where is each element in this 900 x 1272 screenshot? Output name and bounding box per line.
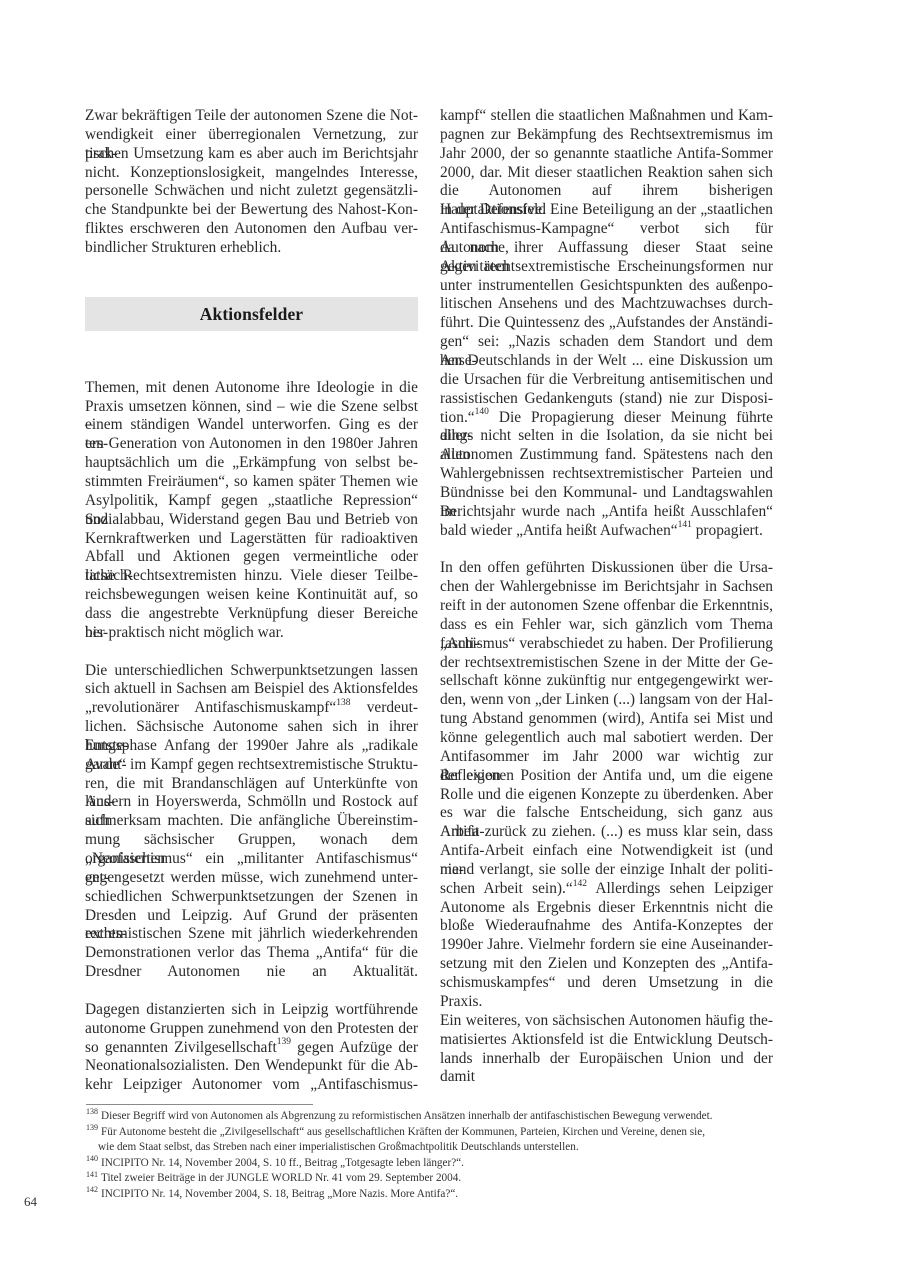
text-line: Autonome als Ergebnis dieser Erkenntnis … <box>440 899 773 918</box>
text-line: tischen Umsetzung kam es aber auch im Be… <box>85 145 418 164</box>
text-line: liche Rechtsextremisten hinzu. Viele die… <box>85 567 418 586</box>
text-line: nicht. Konzeptionslosigkeit, mangelndes … <box>85 164 418 183</box>
text-fragment: schen Arbeit sein).“ <box>440 880 573 897</box>
text-line: Zwar bekräftigen Teile der autonomen Sze… <box>85 107 418 126</box>
right-column: kampf“ stellen die staatlichen Maßnahmen… <box>440 107 773 1068</box>
text-line: bindlicher Strukturen erheblich. <box>85 239 418 258</box>
footnote-ref-138[interactable]: 138 <box>336 698 350 708</box>
text-line: Ein weiteres, von sächsischen Autonomen … <box>440 1012 773 1031</box>
text-line: sich aktuell in Sachsen am Beispiel des … <box>85 680 418 699</box>
text-line: Dagegen distanzierten sich in Leipzig wo… <box>85 1001 418 1020</box>
footnote-text: Titel zweier Beiträge in der JUNGLE WORL… <box>101 1172 461 1184</box>
footnotes: 138Dieser Begriff wird von Autonomen als… <box>86 1109 786 1203</box>
footnote-139: 139Für Autonome besteht die „Zivilgesell… <box>86 1125 786 1141</box>
text-line: den, wenn von „der Linken (...) langsam … <box>440 691 773 710</box>
section-heading-box: Aktionsfelder <box>85 297 418 331</box>
text-line: bloße Wiederaufnahme des Antifa-Konzepte… <box>440 917 773 936</box>
page-number: 64 <box>24 1194 37 1210</box>
text-line: Wahlergebnissen rechtsextremistischer Pa… <box>440 465 773 484</box>
paragraph-themes: Themen, mit denen Autonome ihre Ideologi… <box>85 379 418 643</box>
text-fragment: so genannten Zivilgesellschaft <box>85 1039 277 1056</box>
text-line: könne gelegentlich auch mal sabotiert we… <box>440 729 773 748</box>
text-line: kampf“ stellen die staatlichen Maßnahmen… <box>440 107 773 126</box>
footnote-ref-142[interactable]: 142 <box>573 879 587 889</box>
paragraph-antifa-sommer: kampf“ stellen die staatlichen Maßnahmen… <box>440 107 773 540</box>
text-line: hen Deutschlands in der Welt ... eine Di… <box>440 352 773 371</box>
text-line: ten Generation von Autonomen in den 1980… <box>85 435 418 454</box>
paragraph-diskussionen: In den offen geführten Diskussionen über… <box>440 559 773 992</box>
paragraph-networking: Zwar bekräftigen Teile der autonomen Sze… <box>85 107 418 258</box>
text-line: 1990er Jahre. Vielmehr fordern sie eine … <box>440 936 773 955</box>
text-line: Die unterschiedlichen Schwerpunktsetzung… <box>85 662 418 681</box>
document-page: Zwar bekräftigen Teile der autonomen Sze… <box>0 0 900 1272</box>
text-line: so genannten Zivilgesellschaft139 gegen … <box>85 1039 418 1058</box>
text-fragment: gegen Aufzüge der <box>291 1039 418 1056</box>
text-line: rassistischen Gedankenguts (stand) nie z… <box>440 390 773 409</box>
paragraph-schwerpunkte: Die unterschiedlichen Schwerpunktsetzung… <box>85 662 418 982</box>
text-line: Themen, mit denen Autonome ihre Ideologi… <box>85 379 418 398</box>
text-line: personelle Schwächen und nicht zuletzt g… <box>85 182 418 201</box>
text-line: schismuskampfes“ und deren Umsetzung in … <box>440 974 773 1012</box>
footnote-text: INCIPITO Nr. 14, November 2004, S. 10 ff… <box>101 1157 464 1169</box>
text-line: mand verlangt, sie solle der einzige Inh… <box>440 861 773 880</box>
text-line: Sozialabbau, Widerstand gegen Bau und Be… <box>85 511 418 530</box>
footnote-text: Für Autonome besteht die „Zivilgesellsch… <box>101 1126 705 1138</box>
footnote-ref-140[interactable]: 140 <box>475 407 489 417</box>
text-line: faschismus“ verabschiedet zu haben. Der … <box>440 635 773 654</box>
text-line: reichsbewegungen weisen keine Kontinuitä… <box>85 586 418 605</box>
text-line: 2000, dar. Mit dieser staatlichen Reakti… <box>440 164 773 183</box>
text-line: Jahr 2000, der so genannte staatliche An… <box>440 145 773 164</box>
text-line: gegen rechtsextremistische Erscheinungsf… <box>440 258 773 277</box>
footnote-ref-141[interactable]: 141 <box>678 520 692 530</box>
text-line: litischen Ansehens und des Machtzuwachse… <box>440 295 773 314</box>
text-fragment: „revolutionärer Antifaschismuskampf“ <box>85 699 336 716</box>
text-line: unter instrumentellen Gesichtspunkten de… <box>440 277 773 296</box>
text-fragment: bald wieder „Antifa heißt Aufwachen“ <box>440 522 678 539</box>
text-line: autonome Gruppen zunehmend von den Prote… <box>85 1020 418 1039</box>
text-fragment: verdeut- <box>351 699 418 716</box>
text-line: Kernkraftwerken und Lagerstätten für rad… <box>85 530 418 549</box>
text-line: der rechtsextremistischen Szene in der M… <box>440 654 773 673</box>
text-line: die Ursachen für die Verbreitung antisem… <box>440 371 773 390</box>
text-line: lands innerhalb der Europäischen Union u… <box>440 1050 773 1088</box>
text-fragment: tion.“ <box>440 409 475 426</box>
text-line: Rolle und die eigenen Konzepte zu überde… <box>440 786 773 805</box>
text-line: aufmerksam machten. Die anfängliche Über… <box>85 812 418 831</box>
text-line: kehr Leipziger Autonomer vom „Antifaschi… <box>85 1076 418 1095</box>
text-line: gegengesetzt werden müsse, wich zunehmen… <box>85 869 418 888</box>
footnote-number: 139 <box>86 1123 98 1132</box>
text-fragment: Allerdings sehen Leipziger <box>587 880 773 897</box>
footnote-138: 138Dieser Begriff wird von Autonomen als… <box>86 1109 786 1125</box>
footnote-separator <box>86 1104 313 1105</box>
text-line: pagnen zur Bekämpfung des Rechtsextremis… <box>440 126 773 145</box>
text-line: stimmten Freiräumen“, so kamen später Th… <box>85 473 418 492</box>
paragraph-leipzig: Dagegen distanzierten sich in Leipzig wo… <box>85 1001 418 1095</box>
text-line: Demonstrationen verlor das Thema „Antifa… <box>85 944 418 963</box>
text-line: führt. Die Quintessenz des „Aufstandes d… <box>440 314 773 333</box>
footnote-141: 141Titel zweier Beiträge in der JUNGLE W… <box>86 1171 786 1187</box>
text-line: matisiertes Aktionsfeld ist die Entwickl… <box>440 1031 773 1050</box>
text-line: extremistischen Szene mit jährlich wiede… <box>85 925 418 944</box>
paragraph-europa: Ein weiteres, von sächsischen Autonomen … <box>440 1012 773 1069</box>
text-line: che Standpunkte bei der Bewertung des Na… <box>85 201 418 220</box>
footnote-number: 141 <box>86 1170 98 1179</box>
text-line: reift in der autonomen Szene offenbar di… <box>440 597 773 616</box>
text-line: schiedlichen Schwerpunktsetzungen der Sz… <box>85 888 418 907</box>
footnote-142: 142INCIPITO Nr. 14, November 2004, S. 18… <box>86 1187 786 1203</box>
footnote-139: wie dem Staat selbst, das Streben nach e… <box>86 1140 786 1156</box>
text-line: hauptsächlich um die „Erkämpfung von sel… <box>85 454 418 473</box>
text-line: chen der Wahlergebnisse im Berichtsjahr … <box>440 578 773 597</box>
text-line: bald wieder „Antifa heißt Aufwachen“141 … <box>440 522 773 541</box>
text-line: schen Arbeit sein).“142 Allerdings sehen… <box>440 880 773 899</box>
text-line: tung Abstand genommen (wird), Antifa sei… <box>440 710 773 729</box>
text-line: Dresdner Autonomen nie an Aktualität. <box>85 963 418 982</box>
text-line: „revolutionärer Antifaschismuskampf“138 … <box>85 699 418 718</box>
footnote-text: INCIPITO Nr. 14, November 2004, S. 18, B… <box>101 1188 458 1200</box>
text-line: Arbeit zurück zu ziehen. (...) es muss k… <box>440 823 773 842</box>
text-line: Neonationalsozialisten. Den Wendepunkt f… <box>85 1057 418 1076</box>
text-line: her praktisch nicht möglich war. <box>85 624 418 643</box>
footnote-text: wie dem Staat selbst, das Streben nach e… <box>98 1141 579 1153</box>
text-line: sellschaft könne zukünftig nur entgegeng… <box>440 672 773 691</box>
text-line: Berichtsjahr wurde nach „Antifa heißt Au… <box>440 503 773 522</box>
text-line: fliktes erschweren den Autonomen den Auf… <box>85 220 418 239</box>
footnote-number: 138 <box>86 1107 98 1116</box>
text-line: Autonomen Zustimmung fand. Spätestens na… <box>440 446 773 465</box>
footnote-text: Dieser Begriff wird von Autonomen als Ab… <box>101 1110 713 1122</box>
text-line: In den offen geführten Diskussionen über… <box>440 559 773 578</box>
footnote-140: 140INCIPITO Nr. 14, November 2004, S. 10… <box>86 1156 786 1172</box>
text-fragment: propagiert. <box>692 522 763 539</box>
text-line: setzung mit den Zielen und Konzepten des… <box>440 955 773 974</box>
footnote-number: 140 <box>86 1154 98 1163</box>
footnote-number: 142 <box>86 1185 98 1194</box>
footnote-ref-139[interactable]: 139 <box>277 1037 291 1047</box>
section-heading: Aktionsfelder <box>200 304 303 325</box>
text-line: in der Defensive. Eine Beteiligung an de… <box>440 201 773 220</box>
text-line: garde“ im Kampf gegen rechtsextremistisc… <box>85 756 418 775</box>
left-column: Zwar bekräftigen Teile der autonomen Sze… <box>85 107 418 1095</box>
text-line: der eigenen Position der Antifa und, um … <box>440 767 773 786</box>
